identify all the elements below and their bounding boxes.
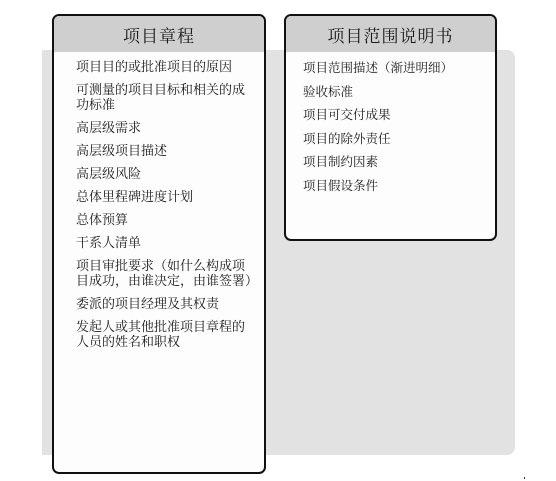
stray-mark bbox=[524, 477, 525, 479]
project-charter-list: 项目目的或批准项目的原因 可测量的项目目标和相关的成功标准 高层级需求 高层级项… bbox=[54, 52, 264, 350]
scope-statement-title: 项目范围说明书 bbox=[286, 16, 495, 52]
list-item: 项目假设条件 bbox=[303, 178, 485, 193]
list-item: 项目审批要求（如什么构成项目成功，由谁决定，由谁签署） bbox=[76, 259, 254, 289]
list-item: 项目范围描述（渐进明细） bbox=[303, 60, 485, 75]
list-item: 高层级需求 bbox=[76, 121, 254, 136]
list-item: 总体预算 bbox=[76, 213, 254, 228]
project-charter-title: 项目章程 bbox=[54, 16, 264, 52]
scope-statement-list: 项目范围描述（渐进明细） 验收标准 项目可交付成果 项目的除外责任 项目制约因素… bbox=[286, 52, 495, 193]
list-item: 高层级风险 bbox=[76, 167, 254, 182]
list-item: 项目的除外责任 bbox=[303, 131, 485, 146]
list-item: 项目可交付成果 bbox=[303, 107, 485, 122]
list-item: 高层级项目描述 bbox=[76, 144, 254, 159]
list-item: 干系人清单 bbox=[76, 236, 254, 251]
list-item: 发起人或其他批准项目章程的人员的姓名和职权 bbox=[76, 320, 254, 350]
list-item: 可测量的项目目标和相关的成功标准 bbox=[76, 83, 254, 113]
list-item: 验收标准 bbox=[303, 84, 485, 99]
list-item: 项目制约因素 bbox=[303, 154, 485, 169]
list-item: 总体里程碑进度计划 bbox=[76, 190, 254, 205]
list-item: 项目目的或批准项目的原因 bbox=[76, 60, 254, 75]
scope-statement-box: 项目范围说明书 项目范围描述（渐进明细） 验收标准 项目可交付成果 项目的除外责… bbox=[284, 14, 497, 241]
project-charter-box: 项目章程 项目目的或批准项目的原因 可测量的项目目标和相关的成功标准 高层级需求… bbox=[52, 14, 266, 474]
list-item: 委派的项目经理及其权责 bbox=[76, 297, 254, 312]
